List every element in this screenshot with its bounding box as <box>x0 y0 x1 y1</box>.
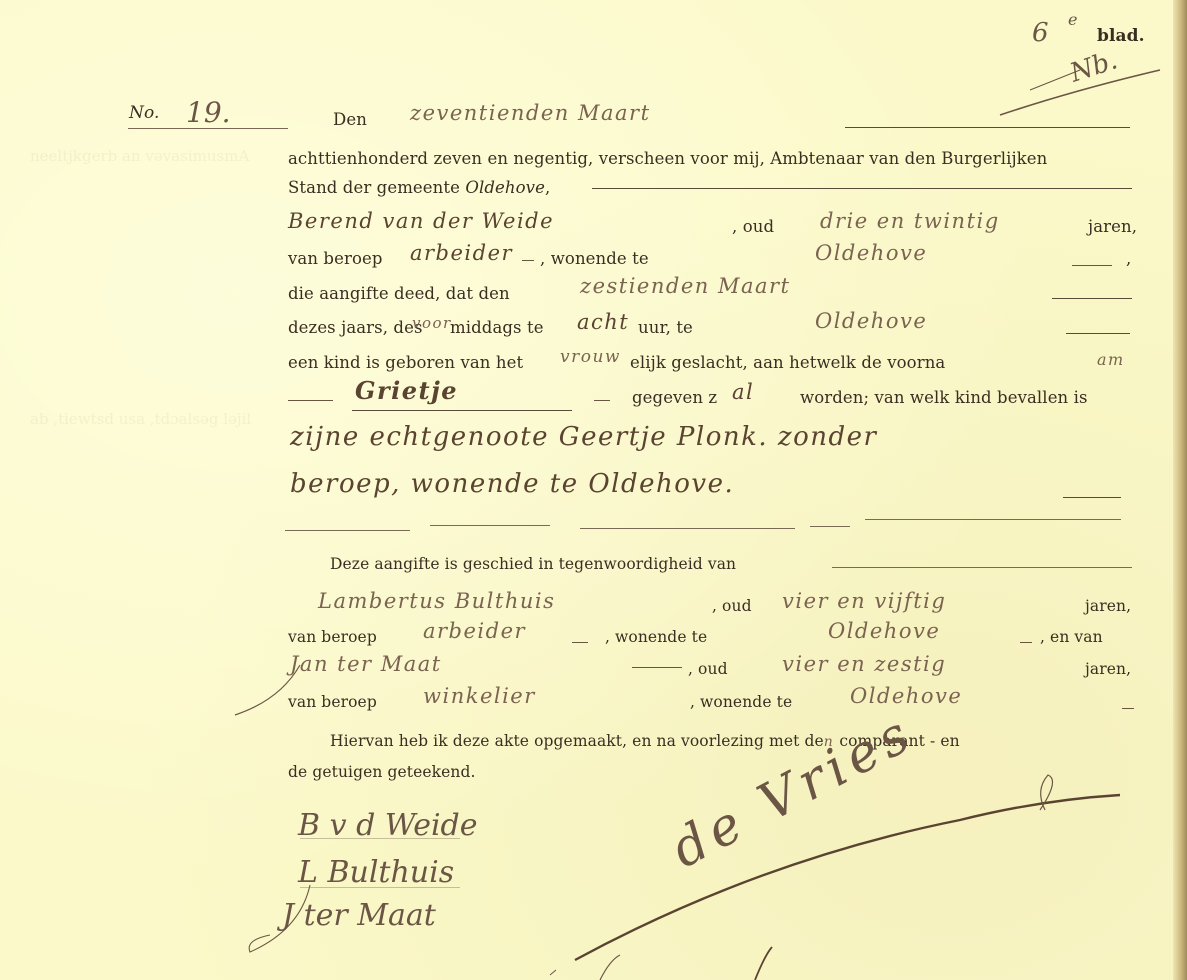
municipality-name: Oldehove <box>465 178 545 197</box>
register-page: neeltjkgerb an vəvasimusmA ab ,tiewtsd u… <box>0 0 1187 980</box>
declarant-name: Berend van der Weide <box>288 212 554 231</box>
dash <box>1122 708 1134 709</box>
dash <box>1020 642 1032 643</box>
print-text: uur, te <box>638 318 693 337</box>
print-text: , wonende te <box>605 628 707 647</box>
bleed-through-text: ab ,tiewtsd usa ,tdɔalsəg ləjil <box>30 410 251 428</box>
record-number-underline <box>128 128 288 129</box>
print-text: elijk geslacht, aan hetwelk de voorna <box>630 353 945 372</box>
dash <box>1072 265 1112 266</box>
blank-line <box>580 528 795 529</box>
print-text: van beroep <box>288 249 383 268</box>
fill-line <box>832 567 1132 568</box>
print-text: , oud <box>712 597 752 616</box>
handwritten-fragment: al <box>732 383 754 402</box>
next-record-fragment <box>250 945 950 980</box>
print-text: Hiervan heb ik deze akte opgemaakt, en n… <box>330 732 824 750</box>
print-text: , wonende te <box>540 249 649 268</box>
witness-2-age: vier en zestig <box>782 655 946 674</box>
blank-line <box>865 519 1121 520</box>
bleed-through-text: neeltjkgerb an vəvasimusmA <box>30 147 249 165</box>
dash <box>288 400 333 401</box>
fill-line <box>845 127 1130 128</box>
child-sex: vrouw <box>560 348 621 367</box>
sheet-number-suffix: e <box>1068 10 1077 29</box>
child-name: Grietje <box>355 381 458 400</box>
signature-underline <box>300 887 460 888</box>
record-number-label: No. <box>129 104 160 123</box>
line-year-text: achttienhonderd zeven en negentig, versc… <box>288 149 1047 168</box>
print-text: jaren, <box>1085 660 1131 679</box>
print-text: , <box>545 178 550 197</box>
print-text: - en <box>930 732 960 750</box>
print-text: , <box>1126 249 1131 268</box>
print-text: jaren, <box>1088 217 1137 236</box>
print-text: worden; van welk kind bevallen is <box>800 388 1088 407</box>
time-of-day: voor <box>412 314 452 333</box>
fill-line <box>1063 497 1121 498</box>
birth-date: zestienden Maart <box>580 277 790 296</box>
fill-line <box>592 188 1132 189</box>
print-text: dezes jaars, des <box>288 318 423 337</box>
sheet-label: blad. <box>1097 27 1145 46</box>
fill-line <box>1052 298 1132 299</box>
line-date: Den <box>333 110 367 129</box>
print-text: , oud <box>732 217 774 236</box>
blank-line <box>285 530 410 531</box>
declarant-residence: Oldehove <box>815 244 927 263</box>
fill-line <box>1066 333 1130 334</box>
print-text: jaren, <box>1085 597 1131 616</box>
birth-hour: acht <box>577 313 629 332</box>
print-text: van beroep <box>288 628 377 647</box>
page-binding-edge <box>1173 0 1187 980</box>
print-text: Den <box>333 110 367 129</box>
sheet-number: 6 <box>1032 18 1049 48</box>
print-text: gegeven z <box>632 388 717 407</box>
birth-place: Oldehove <box>815 312 927 331</box>
handwritten-date: zeventienden Maart <box>410 104 651 123</box>
witness-2-occupation: winkelier <box>423 687 536 706</box>
dash <box>572 642 588 643</box>
print-text: een kind is geboren van het <box>288 353 523 372</box>
closing-text-2: de getuigen geteekend. <box>288 763 476 782</box>
print-text: , oud <box>688 660 728 679</box>
initials-flourish <box>995 60 1165 120</box>
dash <box>632 667 682 668</box>
registrar-signature-flourish <box>560 770 1130 970</box>
mother-line: zijne echtgenoote Geertje Plonk. zonder <box>290 428 877 447</box>
record-number-value: 19. <box>186 96 231 129</box>
declarant-age: drie en twintig <box>820 212 1000 231</box>
signature-underline <box>300 838 460 839</box>
line-municipality: Stand der gemeente Oldehove, <box>288 178 550 197</box>
witness-2-name: Jan ter Maat <box>290 655 442 674</box>
print-text: Stand der gemeente <box>288 178 460 197</box>
witness-1-residence: Oldehove <box>828 622 940 641</box>
witness-1-age: vier en vijftig <box>782 592 946 611</box>
print-text: , en van <box>1040 628 1103 647</box>
witness-2-residence: Oldehove <box>850 687 962 706</box>
blank-line <box>810 526 850 527</box>
print-text: middags te <box>450 318 544 337</box>
dash <box>522 260 534 261</box>
witness-intro: Deze aangifte is geschied in tegenwoordi… <box>330 555 736 574</box>
witness-1-name: Lambertus Bulthuis <box>318 592 555 611</box>
blank-line <box>430 525 550 526</box>
dash <box>594 400 610 401</box>
declarant-occupation: arbeider <box>410 244 513 263</box>
handwritten-fragment: am <box>1097 350 1125 369</box>
child-name-underline <box>352 410 572 411</box>
print-text: die aangifte deed, dat den <box>288 284 510 303</box>
print-text: , wonende te <box>690 693 792 712</box>
witness-1-occupation: arbeider <box>423 622 526 641</box>
mother-residence-line: beroep, wonende te Oldehove. <box>290 475 734 494</box>
print-text: van beroep <box>288 693 377 712</box>
